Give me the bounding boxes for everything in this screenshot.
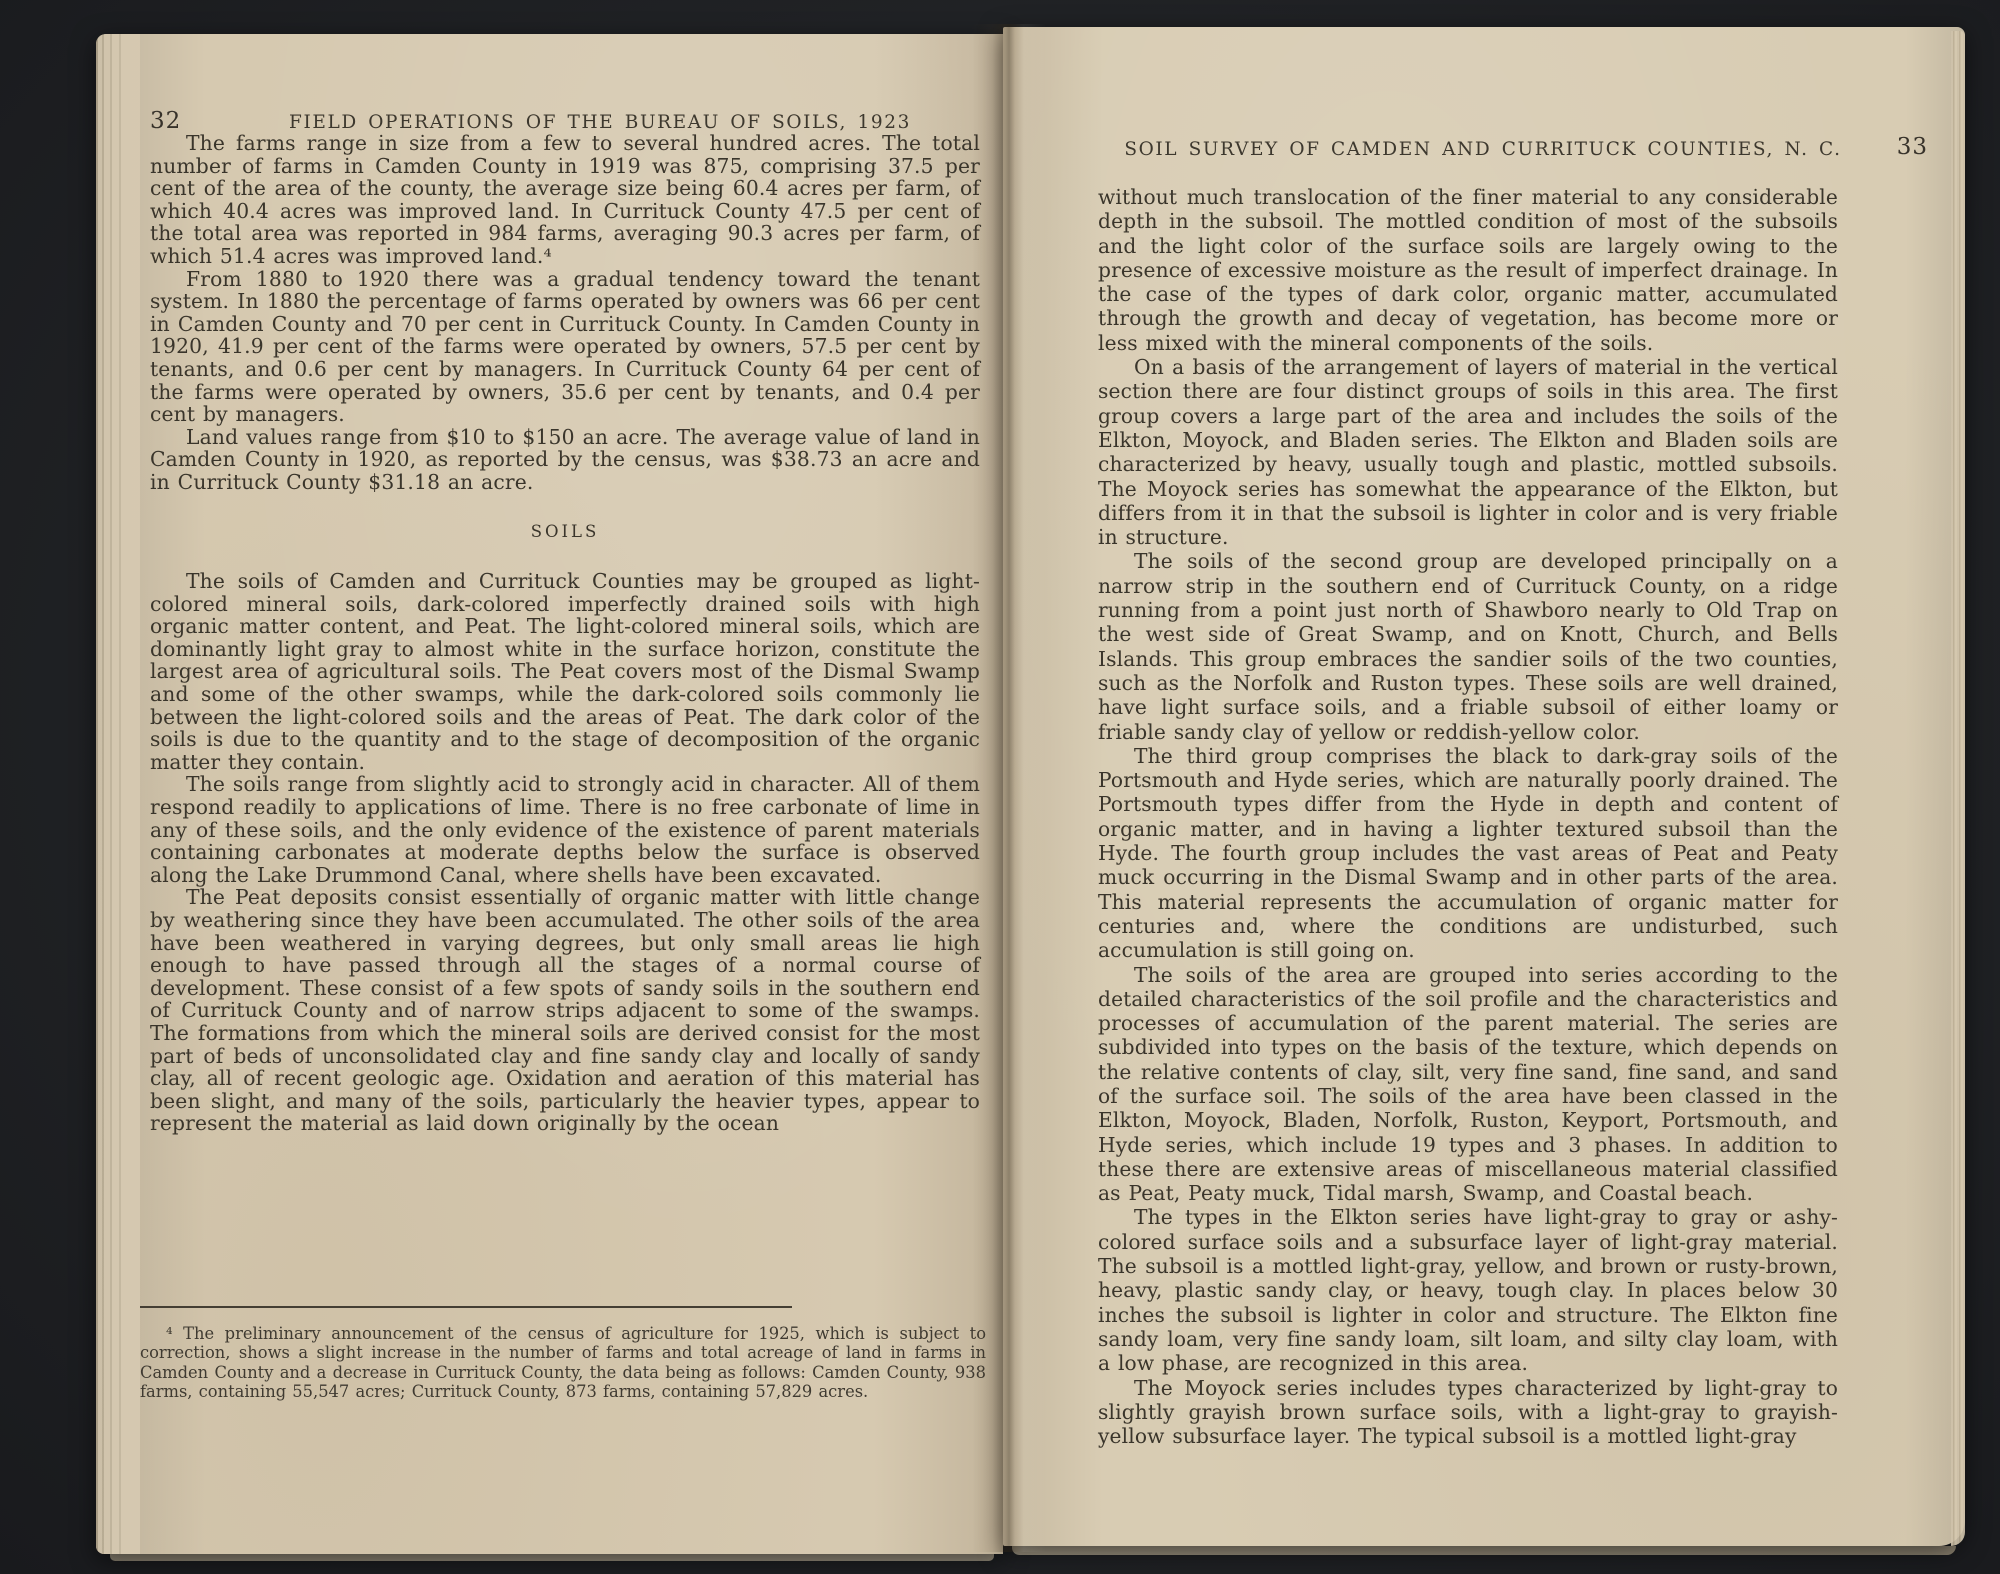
paragraph: From 1880 to 1920 there was a gradual te… xyxy=(150,268,980,426)
left-header-title: FIELD OPERATIONS OF THE BUREAU OF SOILS,… xyxy=(150,110,980,133)
left-page-number: 32 xyxy=(150,108,181,134)
book-gutter xyxy=(972,24,1046,1552)
left-page: 32 FIELD OPERATIONS OF THE BUREAU OF SOI… xyxy=(96,34,1003,1554)
photo-background: 32 FIELD OPERATIONS OF THE BUREAU OF SOI… xyxy=(0,0,2000,1574)
right-page: SOIL SURVEY OF CAMDEN AND CURRITUCK COUN… xyxy=(1003,27,1965,1546)
paragraph: Land values range from $10 to $150 an ac… xyxy=(150,426,980,494)
section-heading: SOILS xyxy=(150,521,980,544)
paragraph: The types in the Elkton series have ligh… xyxy=(1098,1205,1838,1375)
paragraph: The third group comprises the black to d… xyxy=(1098,744,1838,963)
paragraph: The farms range in size from a few to se… xyxy=(150,132,980,268)
left-page-edge-stack xyxy=(96,34,140,1554)
paragraph: On a basis of the arrangement of layers … xyxy=(1098,355,1838,549)
right-page-bottom-edge xyxy=(1012,1546,1956,1555)
paragraph: The Peat deposits consist essentially of… xyxy=(150,886,980,1135)
right-header-title: SOIL SURVEY OF CAMDEN AND CURRITUCK COUN… xyxy=(1098,137,1928,160)
right-body-text: without much translocation of the finer … xyxy=(1098,185,1838,1448)
footnote-rule xyxy=(140,1306,792,1308)
paragraph: The soils of Camden and Currituck Counti… xyxy=(150,570,980,773)
right-running-head: SOIL SURVEY OF CAMDEN AND CURRITUCK COUN… xyxy=(1098,137,1928,169)
left-body-text: The farms range in size from a few to se… xyxy=(150,132,980,1135)
right-page-edge-stack xyxy=(1951,31,1965,1546)
paragraph: The soils of the second group are develo… xyxy=(1098,549,1838,743)
paragraph: The Moyock series includes types charact… xyxy=(1098,1376,1838,1449)
footnote-text: ⁴ The preliminary announcement of the ce… xyxy=(140,1324,986,1402)
paragraph: The soils of the area are grouped into s… xyxy=(1098,963,1838,1206)
right-page-number: 33 xyxy=(1897,134,1928,160)
paragraph: without much translocation of the finer … xyxy=(1098,185,1838,355)
left-page-bottom-edge xyxy=(110,1554,994,1561)
paragraph: The soils range from slightly acid to st… xyxy=(150,773,980,886)
